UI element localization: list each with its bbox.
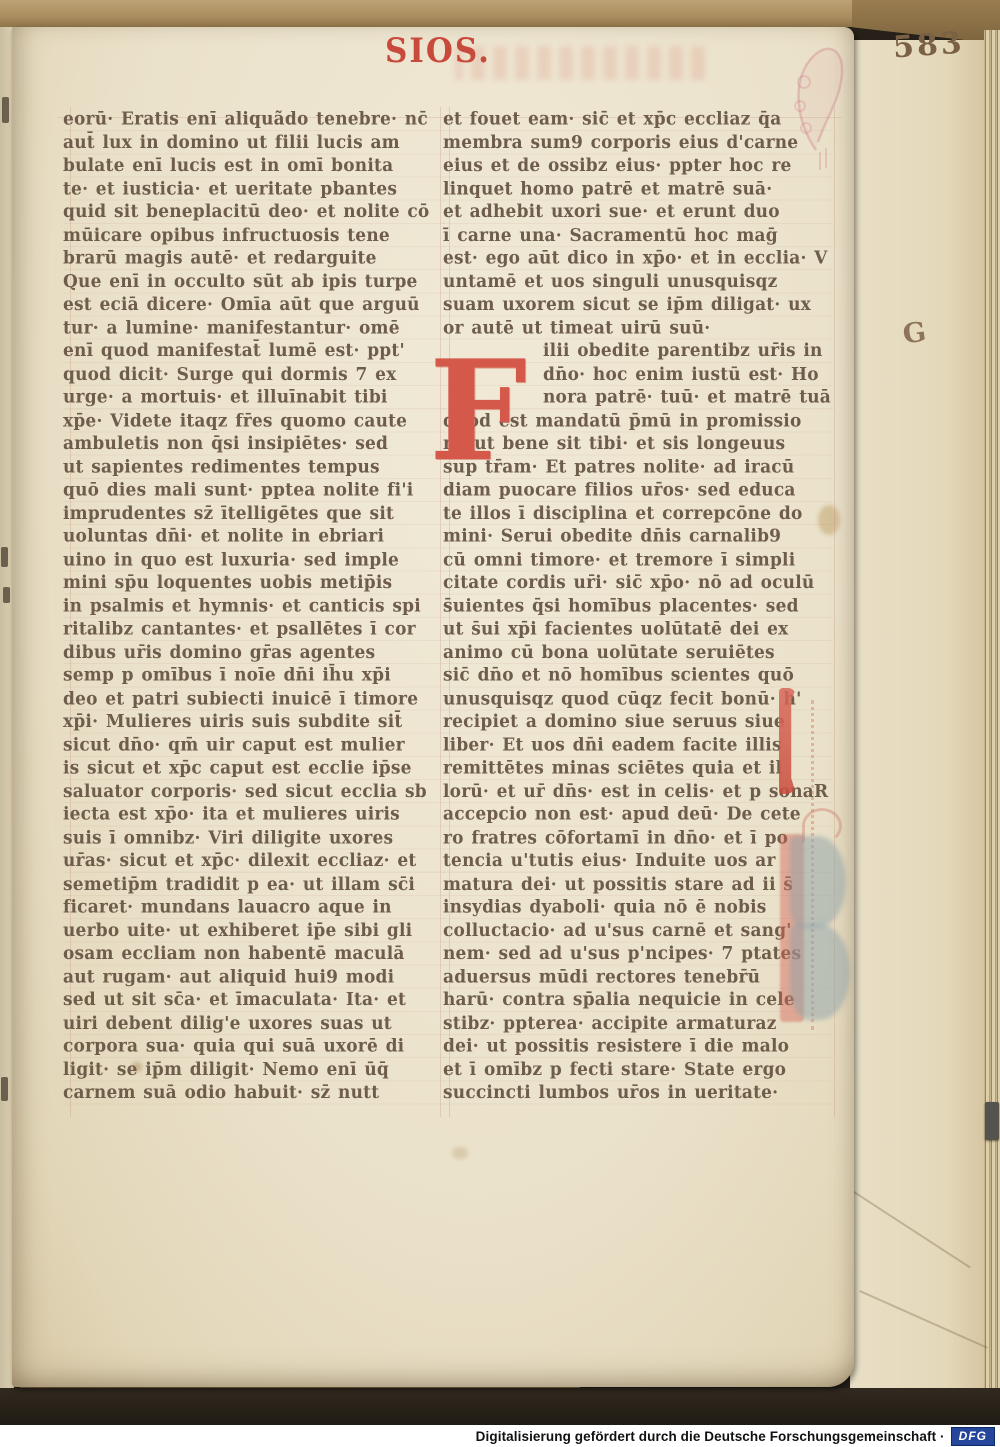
- text-line: est eciā dicere· Omīa aūt que arguū: [63, 293, 445, 316]
- dfg-logo: DFG: [951, 1427, 995, 1446]
- fore-edge-page-stack: [984, 30, 1000, 1390]
- text-line: suis ī omnibz· Viri diligite uxores: [63, 826, 445, 849]
- text-line: citate cordis ur̄i· sic̄ xp̄o· nō ad ocu…: [443, 572, 833, 595]
- text-line: quō dies mali sunt· pptea nolite fi'i: [63, 479, 445, 502]
- text-line: te· et iusticia· et ueritate pbantes: [63, 178, 445, 201]
- text-line: ut sapientes redimentes tempus: [63, 456, 445, 479]
- text-line: linquet homo patrē et matrē suā·: [443, 178, 833, 201]
- text-line: enī quod manifestat̄ lumē est· ppt': [63, 340, 445, 363]
- text-line: cū omni timore· et tremore ī simpli: [443, 548, 833, 571]
- showthrough-blue-lobe: [790, 836, 846, 928]
- folio-number: 583: [892, 26, 966, 66]
- facing-page-text-fragment: [3, 587, 10, 603]
- text-line: uiri debent dilig'e uxores suas ut: [63, 1012, 445, 1035]
- text-line: aut rugam· aut aliquid hui9 modi: [63, 965, 445, 988]
- text-line: semetip̄m tradidit p ea· ut illam sc̄i: [63, 873, 445, 896]
- text-line: liber· Et uos dn̄i eadem facite illis: [443, 734, 833, 757]
- text-line: dibus ur̄is domino gr̄as agentes: [63, 641, 445, 664]
- showthrough-blue-lobe: [790, 924, 850, 1020]
- text-line: uino in quo est luxuria· sed imple: [63, 548, 445, 571]
- text-line: ut s̄ui xp̄i facientes uolūtatē dei ex: [443, 618, 833, 641]
- text-line: succincti lumbos ur̄os in ueritate·: [443, 1081, 833, 1104]
- facing-page-text-fragment: [1, 1077, 8, 1101]
- text-line: uoluntas dn̄i· et nolite in ebriari: [63, 525, 445, 548]
- text-line: is sicut et xp̄c caput est ecclie ip̄se: [63, 757, 445, 780]
- left-text-column: eorū· Eratis enī aliquãdo tenebre· nc̄au…: [63, 108, 445, 1105]
- text-line: xp̄i· Mulieres uiris suis subdite sit̄: [63, 711, 445, 734]
- text-line: bulate enī lucis est in omī bonita: [63, 154, 445, 177]
- facing-page-text-fragment: [2, 97, 9, 123]
- digitization-credit-banner: Digitalisierung gefördert durch die Deut…: [0, 1425, 1000, 1447]
- text-line: recipiet a domino siue seruus siue: [443, 711, 833, 734]
- text-line: suam uxorem sicut se ip̄m diligat· ux: [443, 293, 833, 316]
- text-line: brarū magis autē· et redarguite: [63, 247, 445, 270]
- text-line: ambuletis non q̄si insipiētes· sed: [63, 432, 445, 455]
- text-line: eorū· Eratis enī aliquãdo tenebre· nc̄: [63, 108, 445, 131]
- text-line: membra sum9 corporis eius d'carne: [443, 131, 833, 154]
- credit-text: Digitalisierung gefördert durch die Deut…: [476, 1429, 945, 1444]
- text-line: xp̄e· Videte itaqz fr̄es quomo caute: [63, 409, 445, 432]
- text-line: eius et de ossibz eius· ppter hoc re: [443, 154, 833, 177]
- running-title: SIOS.: [385, 31, 585, 71]
- text-line: aut̄ lux in domino ut filii lucis am: [63, 131, 445, 154]
- text-line: deo et patri subiecti inuicē ī timore: [63, 687, 445, 710]
- marginal-letter-g: G: [901, 317, 928, 351]
- text-line: ligit· se ip̄m diligit· Nemo enī ūq̄: [63, 1058, 445, 1081]
- text-line: ur̄as· sicut et xp̄c· dilexit eccliaz· e…: [63, 850, 445, 873]
- rubricated-initial-f: F: [429, 346, 515, 488]
- text-line: accepcio non est· apud deū· De cete: [443, 803, 833, 826]
- text-line: dei· ut possitis resistere ī die malo: [443, 1035, 833, 1058]
- text-line: mūicare opibus infructuosis tene: [63, 224, 445, 247]
- photo-background-band: [0, 1388, 1000, 1425]
- text-line: iecta est xp̄o· ita et mulieres uiris: [63, 803, 445, 826]
- text-line: et adhebit uxori sue· et erunt duo: [443, 201, 833, 224]
- decorated-initial-showthrough: [762, 826, 854, 1031]
- text-line: remittētes minas sciētes quia et il: [443, 757, 833, 780]
- text-line: animo cū bona uolūtate seruiētes: [443, 641, 833, 664]
- text-line: lorū· et ur̄ dn̄s· est in celis· et p so…: [443, 780, 833, 803]
- text-line: mini sp̄u loquentes uobis metip̄is: [63, 572, 445, 595]
- text-line: untamē et uos singuli unusquisqz: [443, 270, 833, 293]
- text-line: ī carne una· Sacramentū hoc maḡ: [443, 224, 833, 247]
- text-line: sed ut sit sc̄a· et īmaculata· Ita· et: [63, 989, 445, 1012]
- fore-edge-underlying-pages: [850, 40, 986, 1388]
- text-line: quid sit beneplacitū deo· et nolite cō: [63, 201, 445, 224]
- text-line: carnem suā odio habuit· sz̄ nutt: [63, 1081, 445, 1104]
- text-line: semp p omībus ī noīe dn̄i ih̄u xp̄i: [63, 664, 445, 687]
- text-line: te illos ī disciplina et correpcōne do: [443, 502, 833, 525]
- text-line: et ī omībz p fecti stare· State ergo: [443, 1058, 833, 1081]
- parchment-stain: [452, 1147, 468, 1159]
- text-line: sicut dn̄o· qm̄ uir caput est mulier: [63, 734, 445, 757]
- text-line: est· ego aūt dico in xp̄o· et in ecclia·…: [443, 247, 833, 270]
- text-line: Que enī in occulto sūt ab ipis turpe: [63, 270, 445, 293]
- bookmark-tab: [985, 1102, 999, 1140]
- text-line: quod dicit· Surge qui dormis 7 ex: [63, 363, 445, 386]
- text-line: ritalibz cantantes· et psallētes ī cor: [63, 618, 445, 641]
- text-line: uerbo uite· ut exhiberet ip̄e sibi gli: [63, 919, 445, 942]
- text-line: in psalmis et hymnis· et canticis spi: [63, 595, 445, 618]
- text-line: s̄uientes q̄si homībus placentes· sed: [443, 595, 833, 618]
- manuscript-scan: { "manuscript": { "running_title": "SIOS…: [0, 0, 1000, 1447]
- text-line: mini· Serui obedite dn̄is carnalib9: [443, 525, 833, 548]
- text-line: imprudentes sz̄ ītelligētes que sit: [63, 502, 445, 525]
- text-line: tur· a lumine· manifestantur· omē: [63, 317, 445, 340]
- text-line: osam eccliam non habentē maculā: [63, 942, 445, 965]
- text-line: et fouet eam· sic̄ et xp̄c eccliaz q̄a: [443, 108, 833, 131]
- text-line: saluator corporis· sed sicut ecclia sb: [63, 780, 445, 803]
- text-line: ficaret· mundans lauacro aque in: [63, 896, 445, 919]
- text-line: sic̄ dn̄o et nō homībus scientes quō: [443, 664, 833, 687]
- text-line: corpora sua· quia qui suā uxorē di: [63, 1035, 445, 1058]
- facing-page-text-fragment: [1, 547, 8, 567]
- penwork-flourish-showthrough: [786, 22, 856, 172]
- text-line: unusquisqz quod cūqz fecit bonū· h': [443, 687, 833, 710]
- text-line: urge· a mortuis· et illuīnabit tibi: [63, 386, 445, 409]
